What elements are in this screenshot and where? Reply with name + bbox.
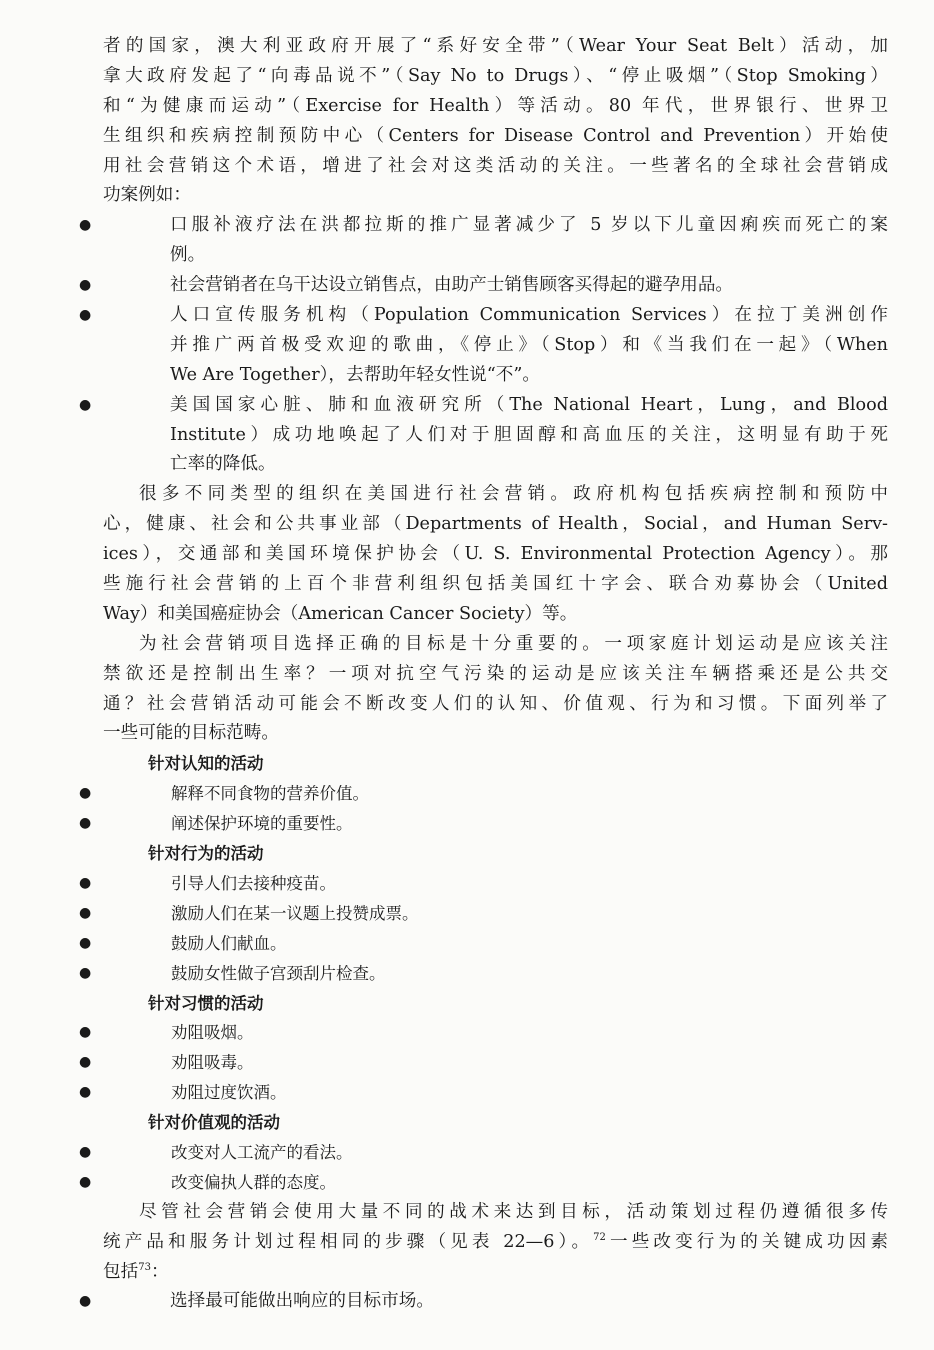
list-item-cont: 亡率的降低。 [103,450,888,480]
text-line: 功案例如： [103,181,888,211]
category-heading: 针对行为的活动 [103,839,888,869]
list-item: 人口宣传服务机构（Population Communication Servic… [103,301,888,331]
paragraph-organizations: 很多不同类型的组织在美国进行社会营销。政府机构包括疾病控制和预防中 心，健康、社… [103,480,888,629]
list-item: 劝阻吸毒。 [103,1048,888,1078]
text-line: 通？社会营销活动可能会不断改变人们的认知、价值观、行为和习惯。下面列举了 [103,690,888,720]
list-item: 口服补液疗法在洪都拉斯的推广显著减少了 5 岁以下儿童因痢疾而死亡的案 [103,211,888,241]
text-line: 尽管社会营销会使用大量不同的战术来达到目标，活动策划过程仍遵循很多传 [103,1198,888,1228]
paragraph-process: 尽管社会营销会使用大量不同的战术来达到目标，活动策划过程仍遵循很多传 统产品和服… [103,1198,888,1288]
text-span: ： [151,1262,169,1282]
category-habit: 针对习惯的活动 劝阻吸烟。 劝阻吸毒。 劝阻过度饮酒。 [103,989,888,1109]
text-line: Way）和美国癌症协会（American Cancer Society）等。 [103,600,888,630]
list-item-cont: 并推广两首极受欢迎的歌曲，《停止》（Stop）和《当我们在一起》（When [103,331,888,361]
list-item-cont: 例。 [103,241,888,271]
text-line: 用社会营销这个术语，增进了社会对这类活动的关注。一些著名的全球社会营销成 [103,152,888,182]
paragraph-objectives: 为社会营销项目选择正确的目标是十分重要的。一项家庭计划运动是应该关注 禁欲还是控… [103,630,888,750]
text-line: 禁欲还是控制出生率？一项对抗空气污染的运动是应该关注车辆搭乘还是公共交 [103,660,888,690]
text-line: 拿大政府发起了“向毒品说不”（Say No to Drugs）、“停止吸烟”（S… [103,62,888,92]
category-heading: 针对认知的活动 [103,749,888,779]
list-item: 引导人们去接种疫苗。 [103,869,888,899]
category-behavior: 针对行为的活动 引导人们去接种疫苗。 激励人们在某一议题上投赞成票。 鼓励人们献… [103,839,888,988]
list-item: 改变对人工流产的看法。 [103,1138,888,1168]
list-item: 鼓励人们献血。 [103,929,888,959]
text-line: 者的国家，澳大利亚政府开展了“系好安全带”（Wear Your Seat Bel… [103,32,888,62]
text-line: 一些可能的目标范畴。 [103,719,888,749]
list-item-cont: Institute）成功地唤起了人们对于胆固醇和高血压的关注，这明显有助于死 [103,421,888,451]
list-item: 劝阻吸烟。 [103,1018,888,1048]
text-line: 为社会营销项目选择正确的目标是十分重要的。一项家庭计划运动是应该关注 [103,630,888,660]
list-item: 改变偏执人群的态度。 [103,1168,888,1198]
category-heading: 针对价值观的活动 [103,1108,888,1138]
list-item: 劝阻过度饮酒。 [103,1078,888,1108]
list-item: 解释不同食物的营养价值。 [103,779,888,809]
footnote-ref: 72 [593,1232,606,1243]
paragraph-intro: 者的国家，澳大利亚政府开展了“系好安全带”（Wear Your Seat Bel… [103,32,888,211]
text-line: 生组织和疾病控制预防中心（Centers for Disease Control… [103,122,888,152]
success-factors-list: 选择最可能做出响应的目标市场。 [103,1287,888,1317]
category-values: 针对价值观的活动 改变对人工流产的看法。 改变偏执人群的态度。 [103,1108,888,1198]
list-item: 社会营销者在乌干达设立销售点，由助产士销售顾客买得起的避孕用品。 [103,271,888,301]
text-span: 一些改变行为的关键成功因素 [606,1232,888,1252]
text-span: 包括 [103,1262,138,1282]
list-item: 激励人们在某一议题上投赞成票。 [103,899,888,929]
list-item: 选择最可能做出响应的目标市场。 [103,1287,888,1317]
list-item: 阐述保护环境的重要性。 [103,809,888,839]
book-page: 者的国家，澳大利亚政府开展了“系好安全带”（Wear Your Seat Bel… [103,32,888,1317]
text-line: 统产品和服务计划过程相同的步骤（见表 22—6）。72一些改变行为的关键成功因素 [103,1228,888,1258]
text-line: 些施行社会营销的上百个非营利组织包括美国红十字会、联合劝募协会（United [103,570,888,600]
list-item-cont: We Are Together），去帮助年轻女性说“不”。 [103,361,888,391]
list-item: 鼓励女性做子宫颈刮片检查。 [103,959,888,989]
list-item: 美国国家心脏、肺和血液研究所（The National Heart，Lung，a… [103,391,888,421]
category-cognitive: 针对认知的活动 解释不同食物的营养价值。 阐述保护环境的重要性。 [103,749,888,839]
text-line: ices），交通部和美国环境保护协会（U. S. Environmental P… [103,540,888,570]
text-line: 和“为健康而运动”（Exercise for Health）等活动。80 年代，… [103,92,888,122]
text-line: 包括73： [103,1258,888,1288]
examples-list: 口服补液疗法在洪都拉斯的推广显著减少了 5 岁以下儿童因痢疾而死亡的案 例。 社… [103,211,888,480]
text-span: 统产品和服务计划过程相同的步骤（见表 22—6）。 [103,1232,593,1252]
category-heading: 针对习惯的活动 [103,989,888,1019]
footnote-ref: 73 [138,1262,151,1273]
text-line: 很多不同类型的组织在美国进行社会营销。政府机构包括疾病控制和预防中 [103,480,888,510]
text-line: 心，健康、社会和公共事业部（Departments of Health，Soci… [103,510,888,540]
